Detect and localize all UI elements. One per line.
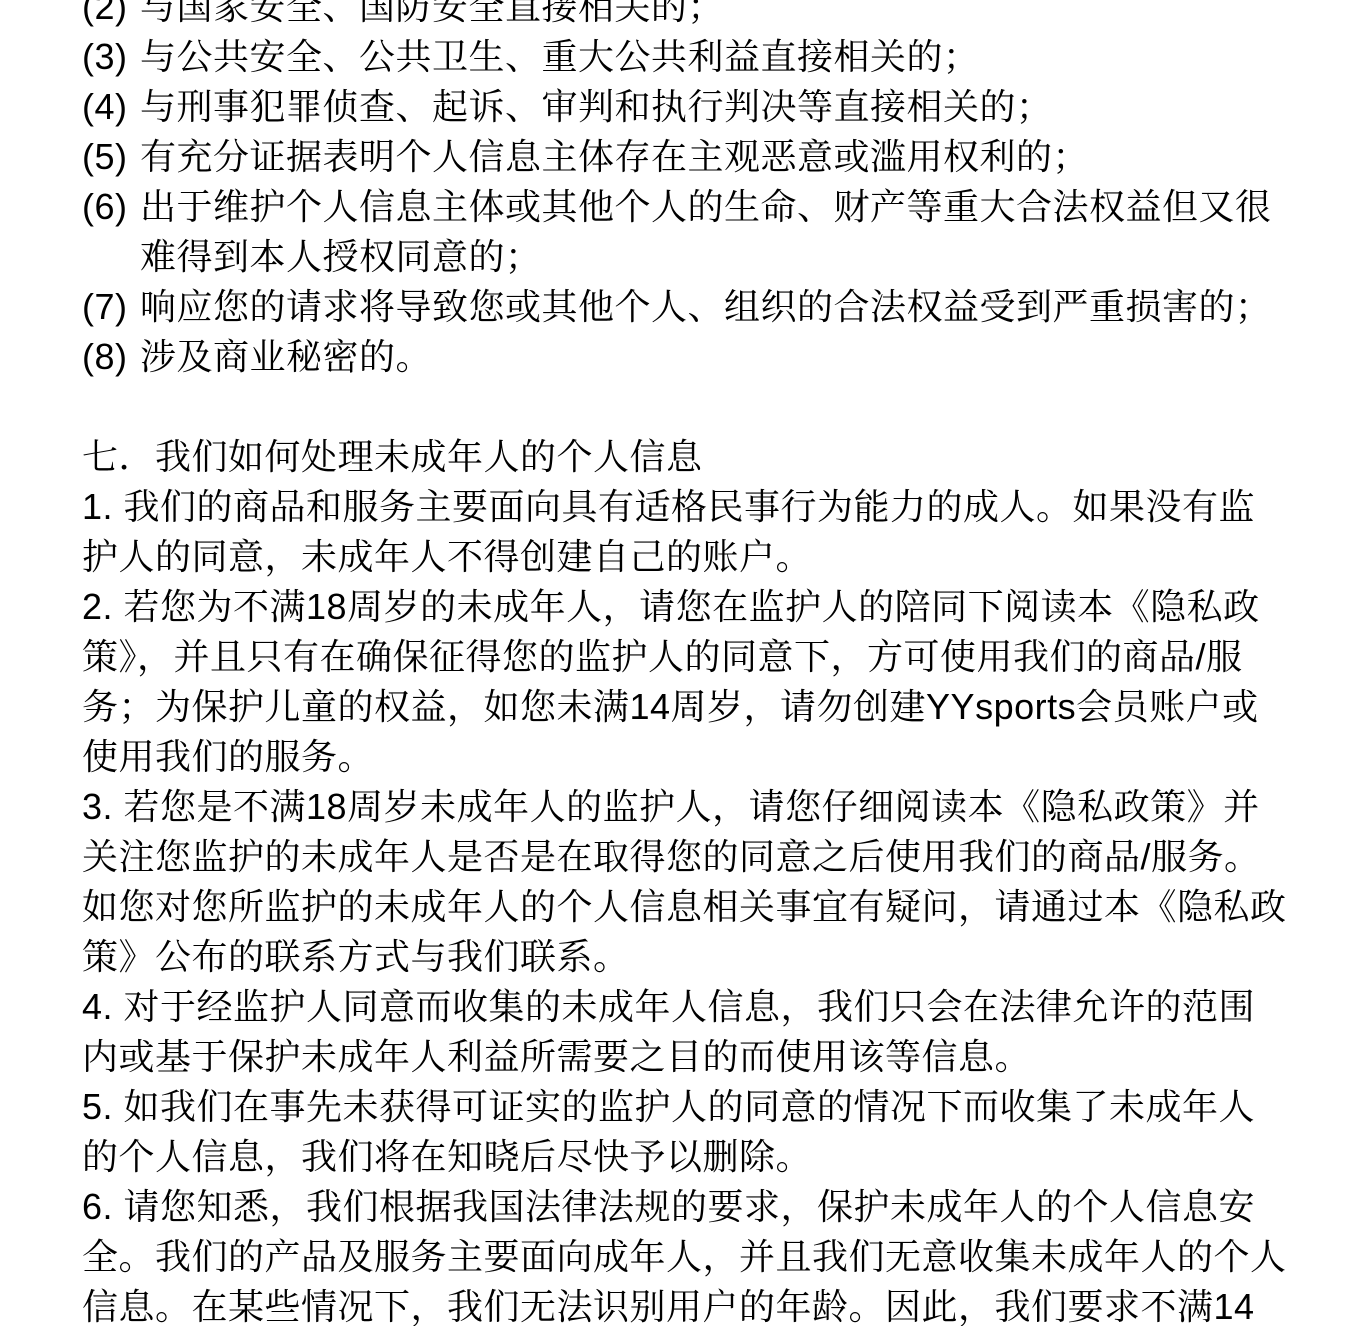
paragraph-4: 4. 对于经监护人同意而收集的未成年人信息，我们只会在法律允许的范围 内或基于保… bbox=[82, 982, 1326, 1082]
text-line: 涉及商业秘密的。 bbox=[140, 332, 1326, 382]
text-line: 与国家安全、国防安全直接相关的； bbox=[140, 0, 1326, 32]
text-line: 1. 我们的商品和服务主要面向具有适格民事行为能力的成人。如果没有监 bbox=[82, 482, 1326, 532]
text-line: 难得到本人授权同意的； bbox=[140, 232, 1326, 282]
text-line: 内或基于保护未成年人利益所需要之目的而使用该等信息。 bbox=[82, 1032, 1326, 1082]
paragraph-2: 2. 若您为不满18周岁的未成年人，请您在监护人的陪同下阅读本《隐私政 策》，并… bbox=[82, 582, 1326, 782]
list-item-clause-8: (8) 涉及商业秘密的。 bbox=[82, 332, 1326, 382]
text-line: 与公共安全、公共卫生、重大公共利益直接相关的； bbox=[140, 32, 1326, 82]
list-item-clause-6: (6) 出于维护个人信息主体或其他个人的生命、财产等重大合法权益但又很 难得到本… bbox=[82, 182, 1326, 282]
list-item-clause-5: (5) 有充分证据表明个人信息主体存在主观恶意或滥用权利的； bbox=[82, 132, 1326, 182]
paragraph-3: 3. 若您是不满18周岁未成年人的监护人，请您仔细阅读本《隐私政策》并 关注您监… bbox=[82, 782, 1326, 982]
paragraph-1: 1. 我们的商品和服务主要面向具有适格民事行为能力的成人。如果没有监 护人的同意… bbox=[82, 482, 1326, 582]
text-line: 关注您监护的未成年人是否是在取得您的同意之后使用我们的商品/服务。 bbox=[82, 832, 1326, 882]
text-line: 策》公布的联系方式与我们联系。 bbox=[82, 932, 1326, 982]
clause-number: (8) bbox=[82, 332, 140, 382]
clause-text: 出于维护个人信息主体或其他个人的生命、财产等重大合法权益但又很 难得到本人授权同… bbox=[140, 182, 1326, 282]
clause-number: (4) bbox=[82, 82, 140, 132]
section-heading-text: 七．我们如何处理未成年人的个人信息 bbox=[82, 432, 1326, 482]
text-line: 如您对您所监护的未成年人的个人信息相关事宜有疑问，请通过本《隐私政 bbox=[82, 882, 1326, 932]
clause-text: 涉及商业秘密的。 bbox=[140, 332, 1326, 382]
clause-text: 与刑事犯罪侦查、起诉、审判和执行判决等直接相关的； bbox=[140, 82, 1326, 132]
section-heading: 七．我们如何处理未成年人的个人信息 bbox=[82, 432, 1326, 482]
text-line: 响应您的请求将导致您或其他个人、组织的合法权益受到严重损害的； bbox=[140, 282, 1326, 332]
text-line: 有充分证据表明个人信息主体存在主观恶意或滥用权利的； bbox=[140, 132, 1326, 182]
paragraph-5: 5. 如我们在事先未获得可证实的监护人的同意的情况下而收集了未成年人 的个人信息… bbox=[82, 1082, 1326, 1182]
text-line: 护人的同意，未成年人不得创建自己的账户。 bbox=[82, 532, 1326, 582]
clause-number: (2) bbox=[82, 0, 140, 32]
text-line: 务；为保护儿童的权益，如您未满14周岁，请勿创建YYsports会员账户或 bbox=[82, 682, 1326, 732]
clause-text: 与公共安全、公共卫生、重大公共利益直接相关的； bbox=[140, 32, 1326, 82]
text-line: 5. 如我们在事先未获得可证实的监护人的同意的情况下而收集了未成年人 bbox=[82, 1082, 1326, 1132]
clause-number: (3) bbox=[82, 32, 140, 82]
section-body: 1. 我们的商品和服务主要面向具有适格民事行为能力的成人。如果没有监 护人的同意… bbox=[82, 482, 1326, 1326]
clause-number: (5) bbox=[82, 132, 140, 182]
text-line: 的个人信息，我们将在知晓后尽快予以删除。 bbox=[82, 1132, 1326, 1182]
list-item-clause-7: (7) 响应您的请求将导致您或其他个人、组织的合法权益受到严重损害的； bbox=[82, 282, 1326, 332]
list-item-clause-3: (3) 与公共安全、公共卫生、重大公共利益直接相关的； bbox=[82, 32, 1326, 82]
clause-text: 与国家安全、国防安全直接相关的； bbox=[140, 0, 1326, 32]
blank-line bbox=[82, 382, 1326, 432]
text-line: 6. 请您知悉，我们根据我国法律法规的要求，保护未成年人的个人信息安 bbox=[82, 1182, 1326, 1232]
text-line: 4. 对于经监护人同意而收集的未成年人信息，我们只会在法律允许的范围 bbox=[82, 982, 1326, 1032]
text-line: 使用我们的服务。 bbox=[82, 732, 1326, 782]
clause-number: (6) bbox=[82, 182, 140, 232]
text-line: 全。我们的产品及服务主要面向成年人，并且我们无意收集未成年人的个人 bbox=[82, 1232, 1326, 1282]
paragraph-6: 6. 请您知悉，我们根据我国法律法规的要求，保护未成年人的个人信息安 全。我们的… bbox=[82, 1182, 1326, 1326]
text-line: 3. 若您是不满18周岁未成年人的监护人，请您仔细阅读本《隐私政策》并 bbox=[82, 782, 1326, 832]
text-line: 信息。在某些情况下，我们无法识别用户的年龄。因此，我们要求不满14 bbox=[82, 1282, 1326, 1326]
text-line: 与刑事犯罪侦查、起诉、审判和执行判决等直接相关的； bbox=[140, 82, 1326, 132]
clause-text: 有充分证据表明个人信息主体存在主观恶意或滥用权利的； bbox=[140, 132, 1326, 182]
list-item-clause-2: (2) 与国家安全、国防安全直接相关的； bbox=[82, 0, 1326, 32]
exemption-clause-list: (2) 与国家安全、国防安全直接相关的； (3) 与公共安全、公共卫生、重大公共… bbox=[82, 0, 1326, 382]
list-item-clause-4: (4) 与刑事犯罪侦查、起诉、审判和执行判决等直接相关的； bbox=[82, 82, 1326, 132]
text-line: 策》，并且只有在确保征得您的监护人的同意下，方可使用我们的商品/服 bbox=[82, 632, 1326, 682]
privacy-policy-document[interactable]: (2) 与国家安全、国防安全直接相关的； (3) 与公共安全、公共卫生、重大公共… bbox=[0, 0, 1366, 1326]
text-line: 2. 若您为不满18周岁的未成年人，请您在监护人的陪同下阅读本《隐私政 bbox=[82, 582, 1326, 632]
clause-text: 响应您的请求将导致您或其他个人、组织的合法权益受到严重损害的； bbox=[140, 282, 1326, 332]
text-line: 出于维护个人信息主体或其他个人的生命、财产等重大合法权益但又很 bbox=[140, 182, 1326, 232]
clause-number: (7) bbox=[82, 282, 140, 332]
